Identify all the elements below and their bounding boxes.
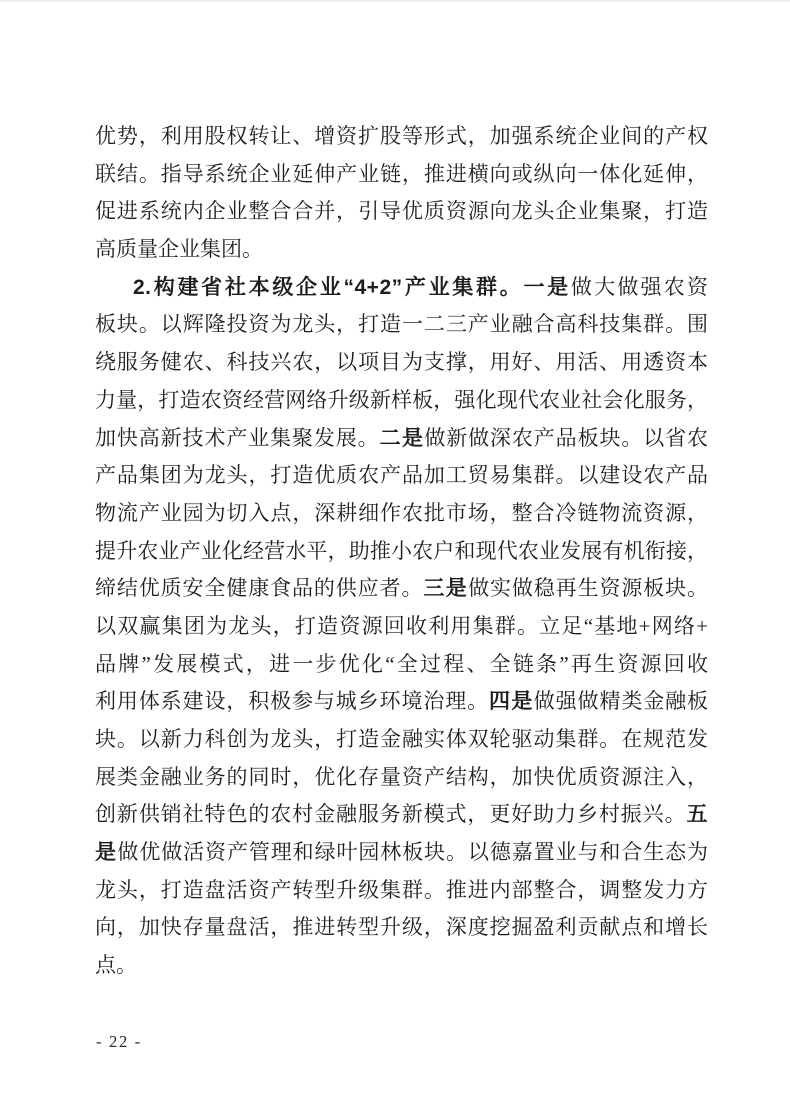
text-line: 点。 — [95, 947, 708, 985]
text-line: 物流产业园为切入点，深耕细作农批市场，整合冷链物流资源， — [95, 495, 708, 533]
text-run: 创新供销社特色的农村金融服务新模式，更好助力乡村振兴。 — [95, 802, 687, 826]
text-line: 高质量企业集团。 — [95, 231, 708, 269]
text-run: 力量，打造农资经营网络升级新样板，强化现代农业社会化服务， — [95, 388, 708, 412]
text-run: 产品集团为龙头，打造优质农产品加工贸易集群。以建设农产品 — [95, 463, 708, 487]
text-run: 优势，利用股权转让、增资扩股等形式，加强系统企业间的产权 — [95, 124, 708, 148]
text-line: 加快高新技术产业集聚发展。二是做新做深农产品板块。以省农 — [95, 420, 708, 458]
text-run: 龙头，打造盘活资产转型升级集群。推进内部整合，调整发力方 — [95, 878, 708, 902]
text-run: 向，加快存量盘活，推进转型升级，深度挖掘盈利贡献点和增长 — [95, 915, 708, 939]
bold-text-run: 是 — [95, 841, 117, 864]
bold-text-run: 三是 — [423, 577, 468, 600]
bold-text-run: 2.构建省社本级企业“4+2”产业集群。一是 — [133, 276, 571, 299]
document-body: 优势，利用股权转让、增资扩股等形式，加强系统企业间的产权联结。指导系统企业延伸产… — [95, 118, 708, 985]
text-line: 以双赢集团为龙头，打造资源回收利用集群。立足“基地+网络+ — [95, 608, 708, 646]
text-run: 联结。指导系统企业延伸产业链，推进横向或纵向一体化延伸， — [95, 162, 708, 186]
text-line: 力量，打造农资经营网络升级新样板，强化现代农业社会化服务， — [95, 382, 708, 420]
text-line: 向，加快存量盘活，推进转型升级，深度挖掘盈利贡献点和增长 — [95, 909, 708, 947]
text-run: 块。以新力科创为龙头，打造金融实体双轮驱动集群。在规范发 — [95, 727, 708, 751]
text-run: 绕服务健农、科技兴农，以项目为支撑，用好、用活、用透资本 — [95, 350, 708, 374]
text-run: 促进系统内企业整合合并，引导优质资源向龙头企业集聚，打造 — [95, 199, 708, 223]
text-run: 品牌”发展模式，进一步优化“全过程、全链条”再生资源回收 — [95, 652, 708, 676]
text-line: 展类金融业务的同时，优化存量资产结构，加快优质资源注入， — [95, 759, 708, 797]
text-line: 龙头，打造盘活资产转型升级集群。推进内部整合，调整发力方 — [95, 872, 708, 910]
text-run: 做强做精类金融板 — [534, 689, 708, 713]
bold-text-run: 四是 — [489, 690, 534, 713]
text-line: 产品集团为龙头，打造优质农产品加工贸易集群。以建设农产品 — [95, 457, 708, 495]
text-line: 品牌”发展模式，进一步优化“全过程、全链条”再生资源回收 — [95, 646, 708, 684]
text-run: 点。 — [95, 953, 137, 977]
text-run: 缔结优质安全健康食品的供应者。 — [95, 576, 423, 600]
text-line: 创新供销社特色的农村金融服务新模式，更好助力乡村振兴。五 — [95, 796, 708, 834]
text-line: 板块。以辉隆投资为龙头，打造一二三产业融合高科技集群。围 — [95, 306, 708, 344]
text-line: 利用体系建设，积极参与城乡环境治理。四是做强做精类金融板 — [95, 683, 708, 721]
text-line: 缔结优质安全健康食品的供应者。三是做实做稳再生资源板块。 — [95, 570, 708, 608]
text-line: 联结。指导系统企业延伸产业链，推进横向或纵向一体化延伸， — [95, 156, 708, 194]
text-line: 块。以新力科创为龙头，打造金融实体双轮驱动集群。在规范发 — [95, 721, 708, 759]
text-run: 做大做强农资 — [571, 275, 708, 299]
text-run: 以双赢集团为龙头，打造资源回收利用集群。立足“基地+网络+ — [95, 614, 708, 638]
text-run: 板块。以辉隆投资为龙头，打造一二三产业融合高科技集群。围 — [95, 312, 708, 336]
text-run: 做实做稳再生资源板块。 — [468, 576, 708, 600]
text-run: 做优做活资产管理和绿叶园林板块。以德嘉置业与和合生态为 — [117, 840, 708, 864]
bold-text-run: 二是 — [380, 427, 425, 450]
text-line: 绕服务健农、科技兴农，以项目为支撑，用好、用活、用透资本 — [95, 344, 708, 382]
text-run: 展类金融业务的同时，优化存量资产结构，加快优质资源注入， — [95, 765, 708, 789]
text-run: 利用体系建设，积极参与城乡环境治理。 — [95, 689, 489, 713]
text-run: 做新做深农产品板块。以省农 — [424, 426, 708, 450]
page-number: - 22 - — [96, 1032, 142, 1052]
bold-text-run: 五 — [687, 803, 709, 826]
text-line: 优势，利用股权转让、增资扩股等形式，加强系统企业间的产权 — [95, 118, 708, 156]
text-line: 提升农业产业化经营水平，助推小农户和现代农业发展有机衔接， — [95, 533, 708, 571]
text-run: 物流产业园为切入点，深耕细作农批市场，整合冷链物流资源， — [95, 501, 708, 525]
text-line: 2.构建省社本级企业“4+2”产业集群。一是做大做强农资 — [95, 269, 708, 307]
text-line: 是做优做活资产管理和绿叶园林板块。以德嘉置业与和合生态为 — [95, 834, 708, 872]
text-line: 促进系统内企业整合合并，引导优质资源向龙头企业集聚，打造 — [95, 193, 708, 231]
document-page: 优势，利用股权转让、增资扩股等形式，加强系统企业间的产权联结。指导系统企业延伸产… — [0, 0, 790, 1118]
text-run: 高质量企业集团。 — [95, 237, 263, 261]
text-run: 提升农业产业化经营水平，助推小农户和现代农业发展有机衔接， — [95, 539, 708, 563]
text-run: 加快高新技术产业集聚发展。 — [95, 426, 380, 450]
